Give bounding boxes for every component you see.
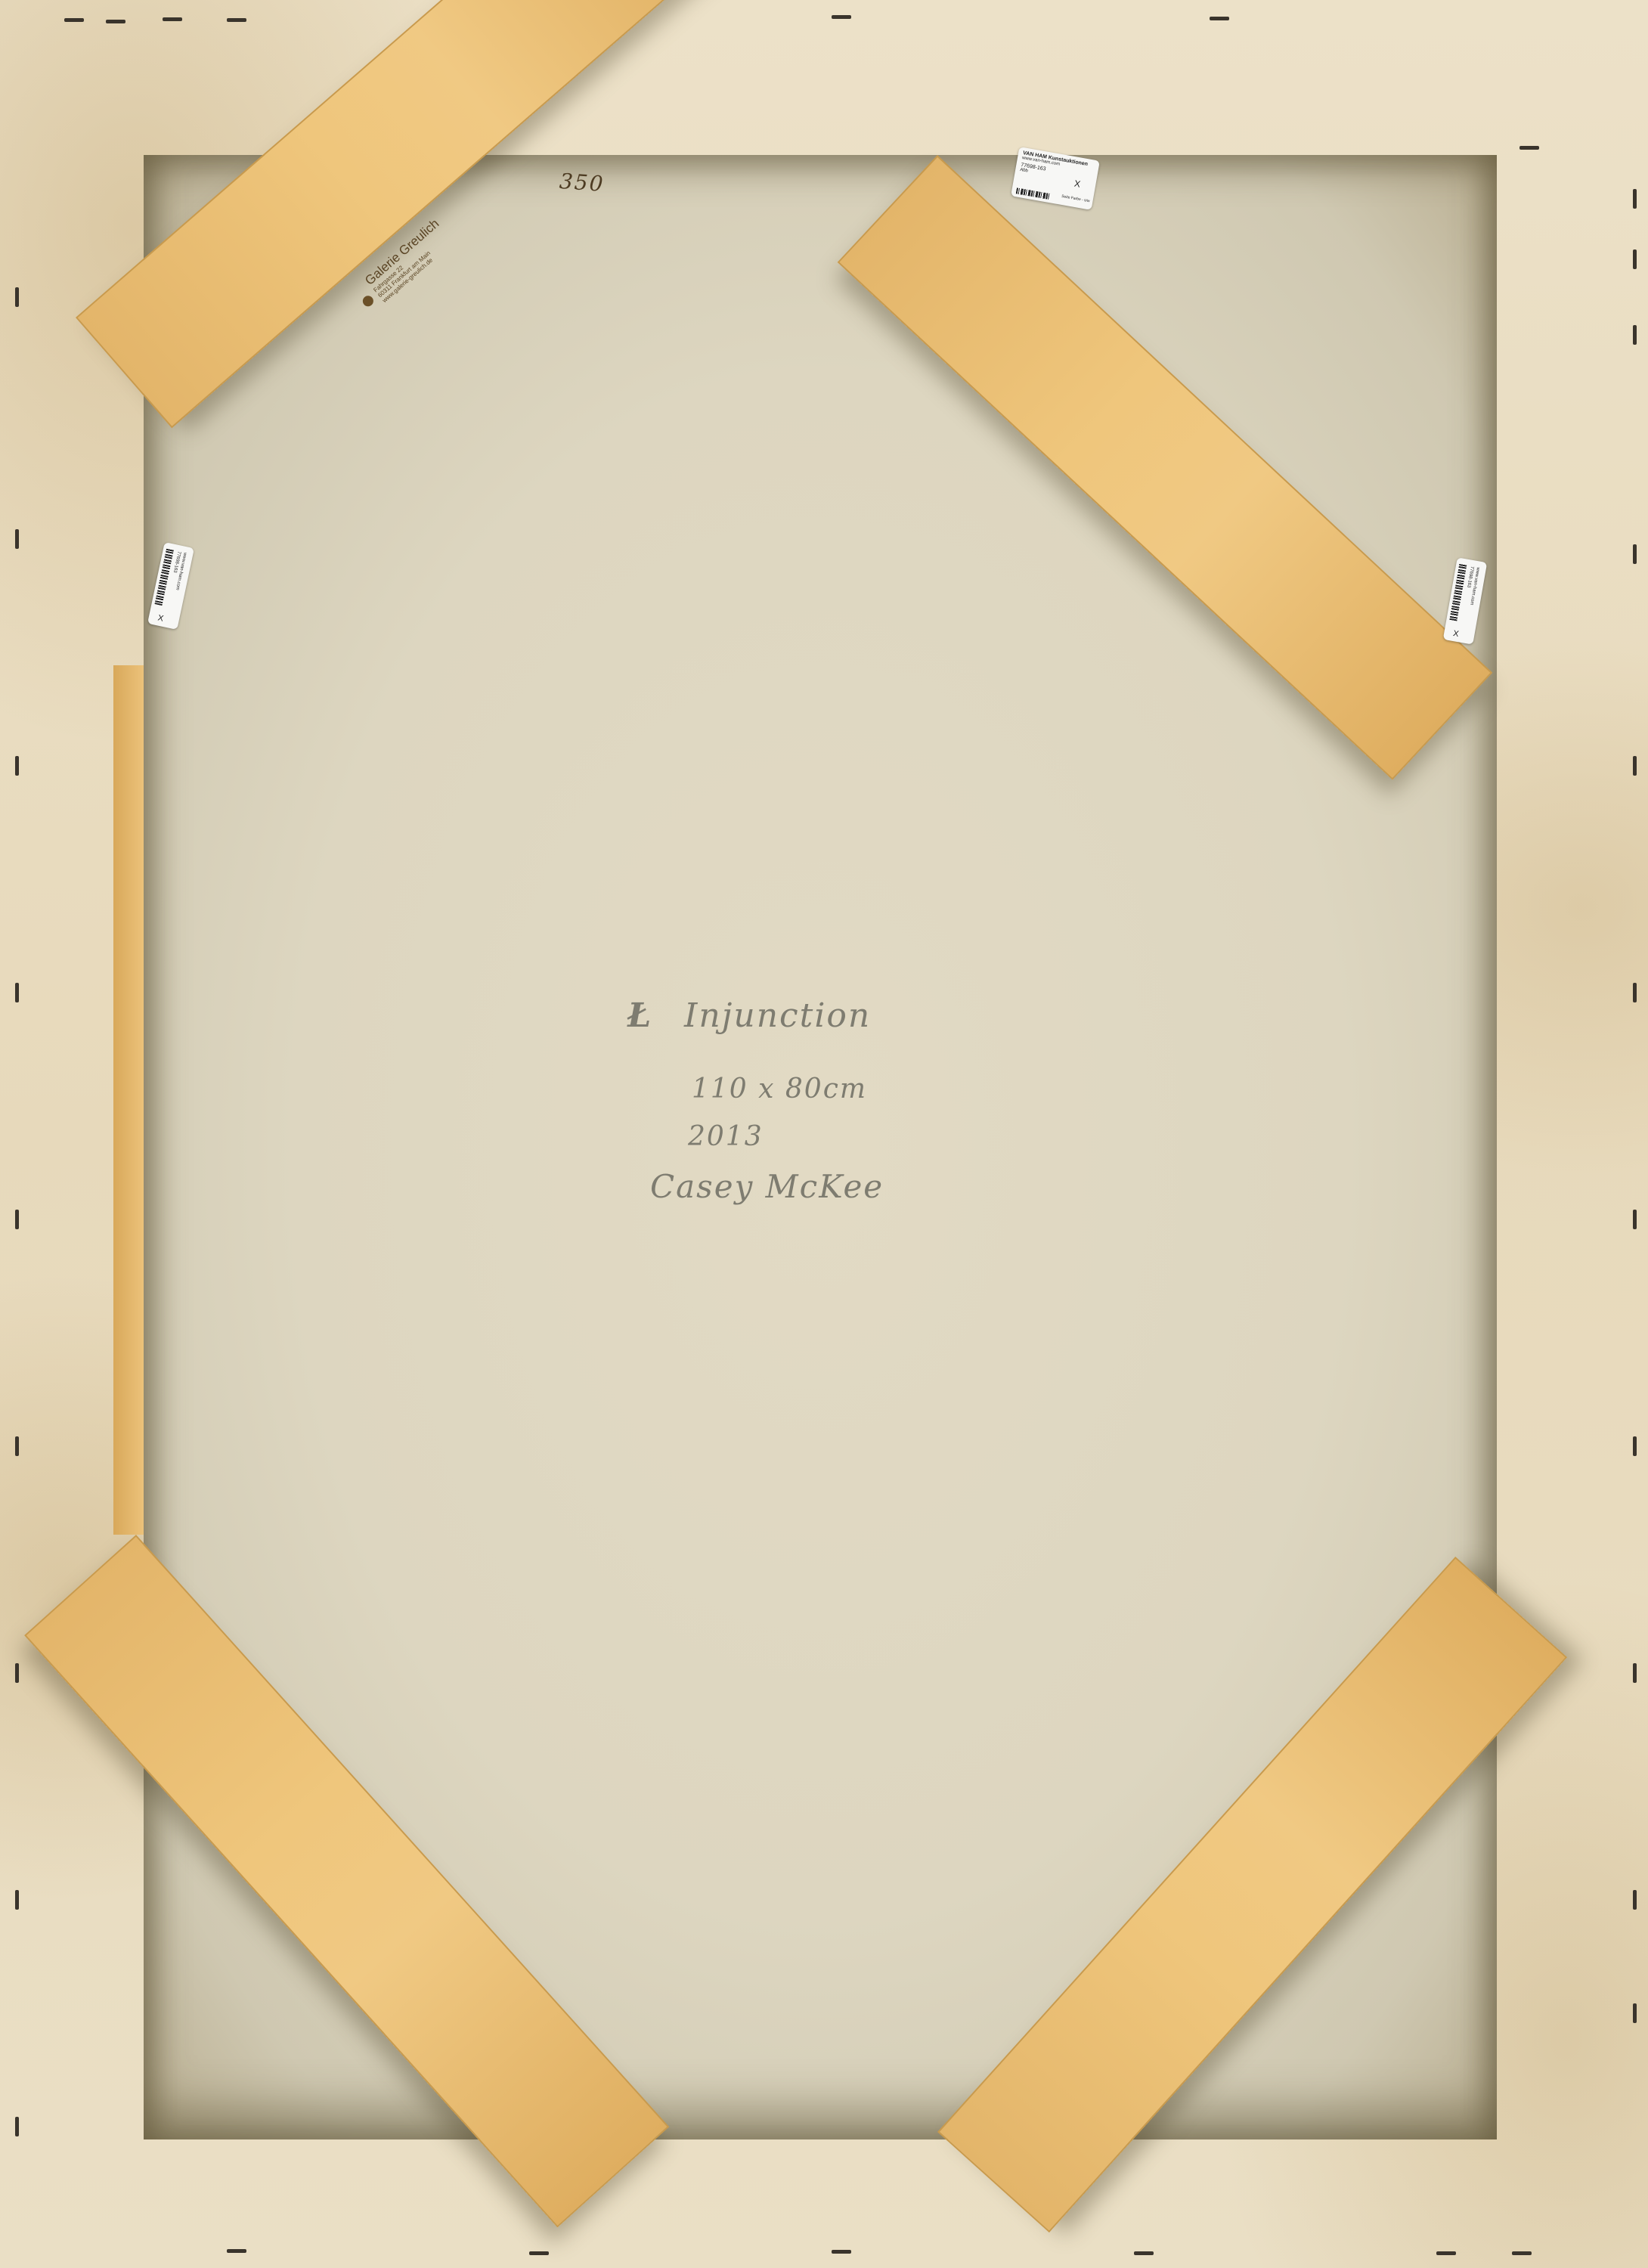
staple <box>15 1890 19 1910</box>
staple <box>227 2249 246 2253</box>
staple <box>529 2251 549 2255</box>
inscription-title: Injunction <box>684 996 871 1035</box>
staple <box>1210 17 1229 20</box>
label-mark: X <box>1073 178 1081 190</box>
staple <box>1633 1890 1637 1910</box>
staple <box>15 1210 19 1229</box>
staple <box>1512 2251 1532 2255</box>
staple <box>1633 756 1637 776</box>
staple <box>227 18 246 22</box>
staple <box>832 2250 851 2254</box>
label-seite: Seite Farbe - s/w <box>1061 194 1090 203</box>
staple <box>15 287 19 307</box>
staple <box>1633 544 1637 564</box>
staple <box>106 20 125 23</box>
label-mark: X <box>1452 629 1459 639</box>
wood-note: 350 <box>559 169 606 197</box>
staple <box>1633 1436 1637 1456</box>
staple <box>15 1436 19 1456</box>
staple <box>1633 2003 1637 2023</box>
staple <box>1436 2251 1456 2255</box>
staple <box>1633 983 1637 1002</box>
staple <box>1633 1210 1637 1229</box>
inscription-dimensions: 110 x 80cm <box>692 1074 867 1105</box>
label-mark: X <box>157 613 165 623</box>
stretcher-side-left <box>113 665 144 1535</box>
staple <box>64 18 84 22</box>
staple <box>15 529 19 549</box>
staple <box>1633 249 1637 269</box>
inscription-mark: Ł <box>627 996 652 1035</box>
artist-signature: Casey McKee <box>650 1168 884 1205</box>
staple <box>15 756 19 776</box>
staple <box>1633 189 1637 209</box>
staple <box>1633 1663 1637 1683</box>
staple <box>1519 146 1539 150</box>
staple <box>15 983 19 1002</box>
staple <box>15 2117 19 2136</box>
staple <box>1134 2251 1154 2255</box>
staple <box>163 17 182 21</box>
staple <box>1633 325 1637 345</box>
inscription-year: 2013 <box>688 1121 764 1152</box>
staple <box>15 1663 19 1683</box>
staple <box>832 15 851 19</box>
